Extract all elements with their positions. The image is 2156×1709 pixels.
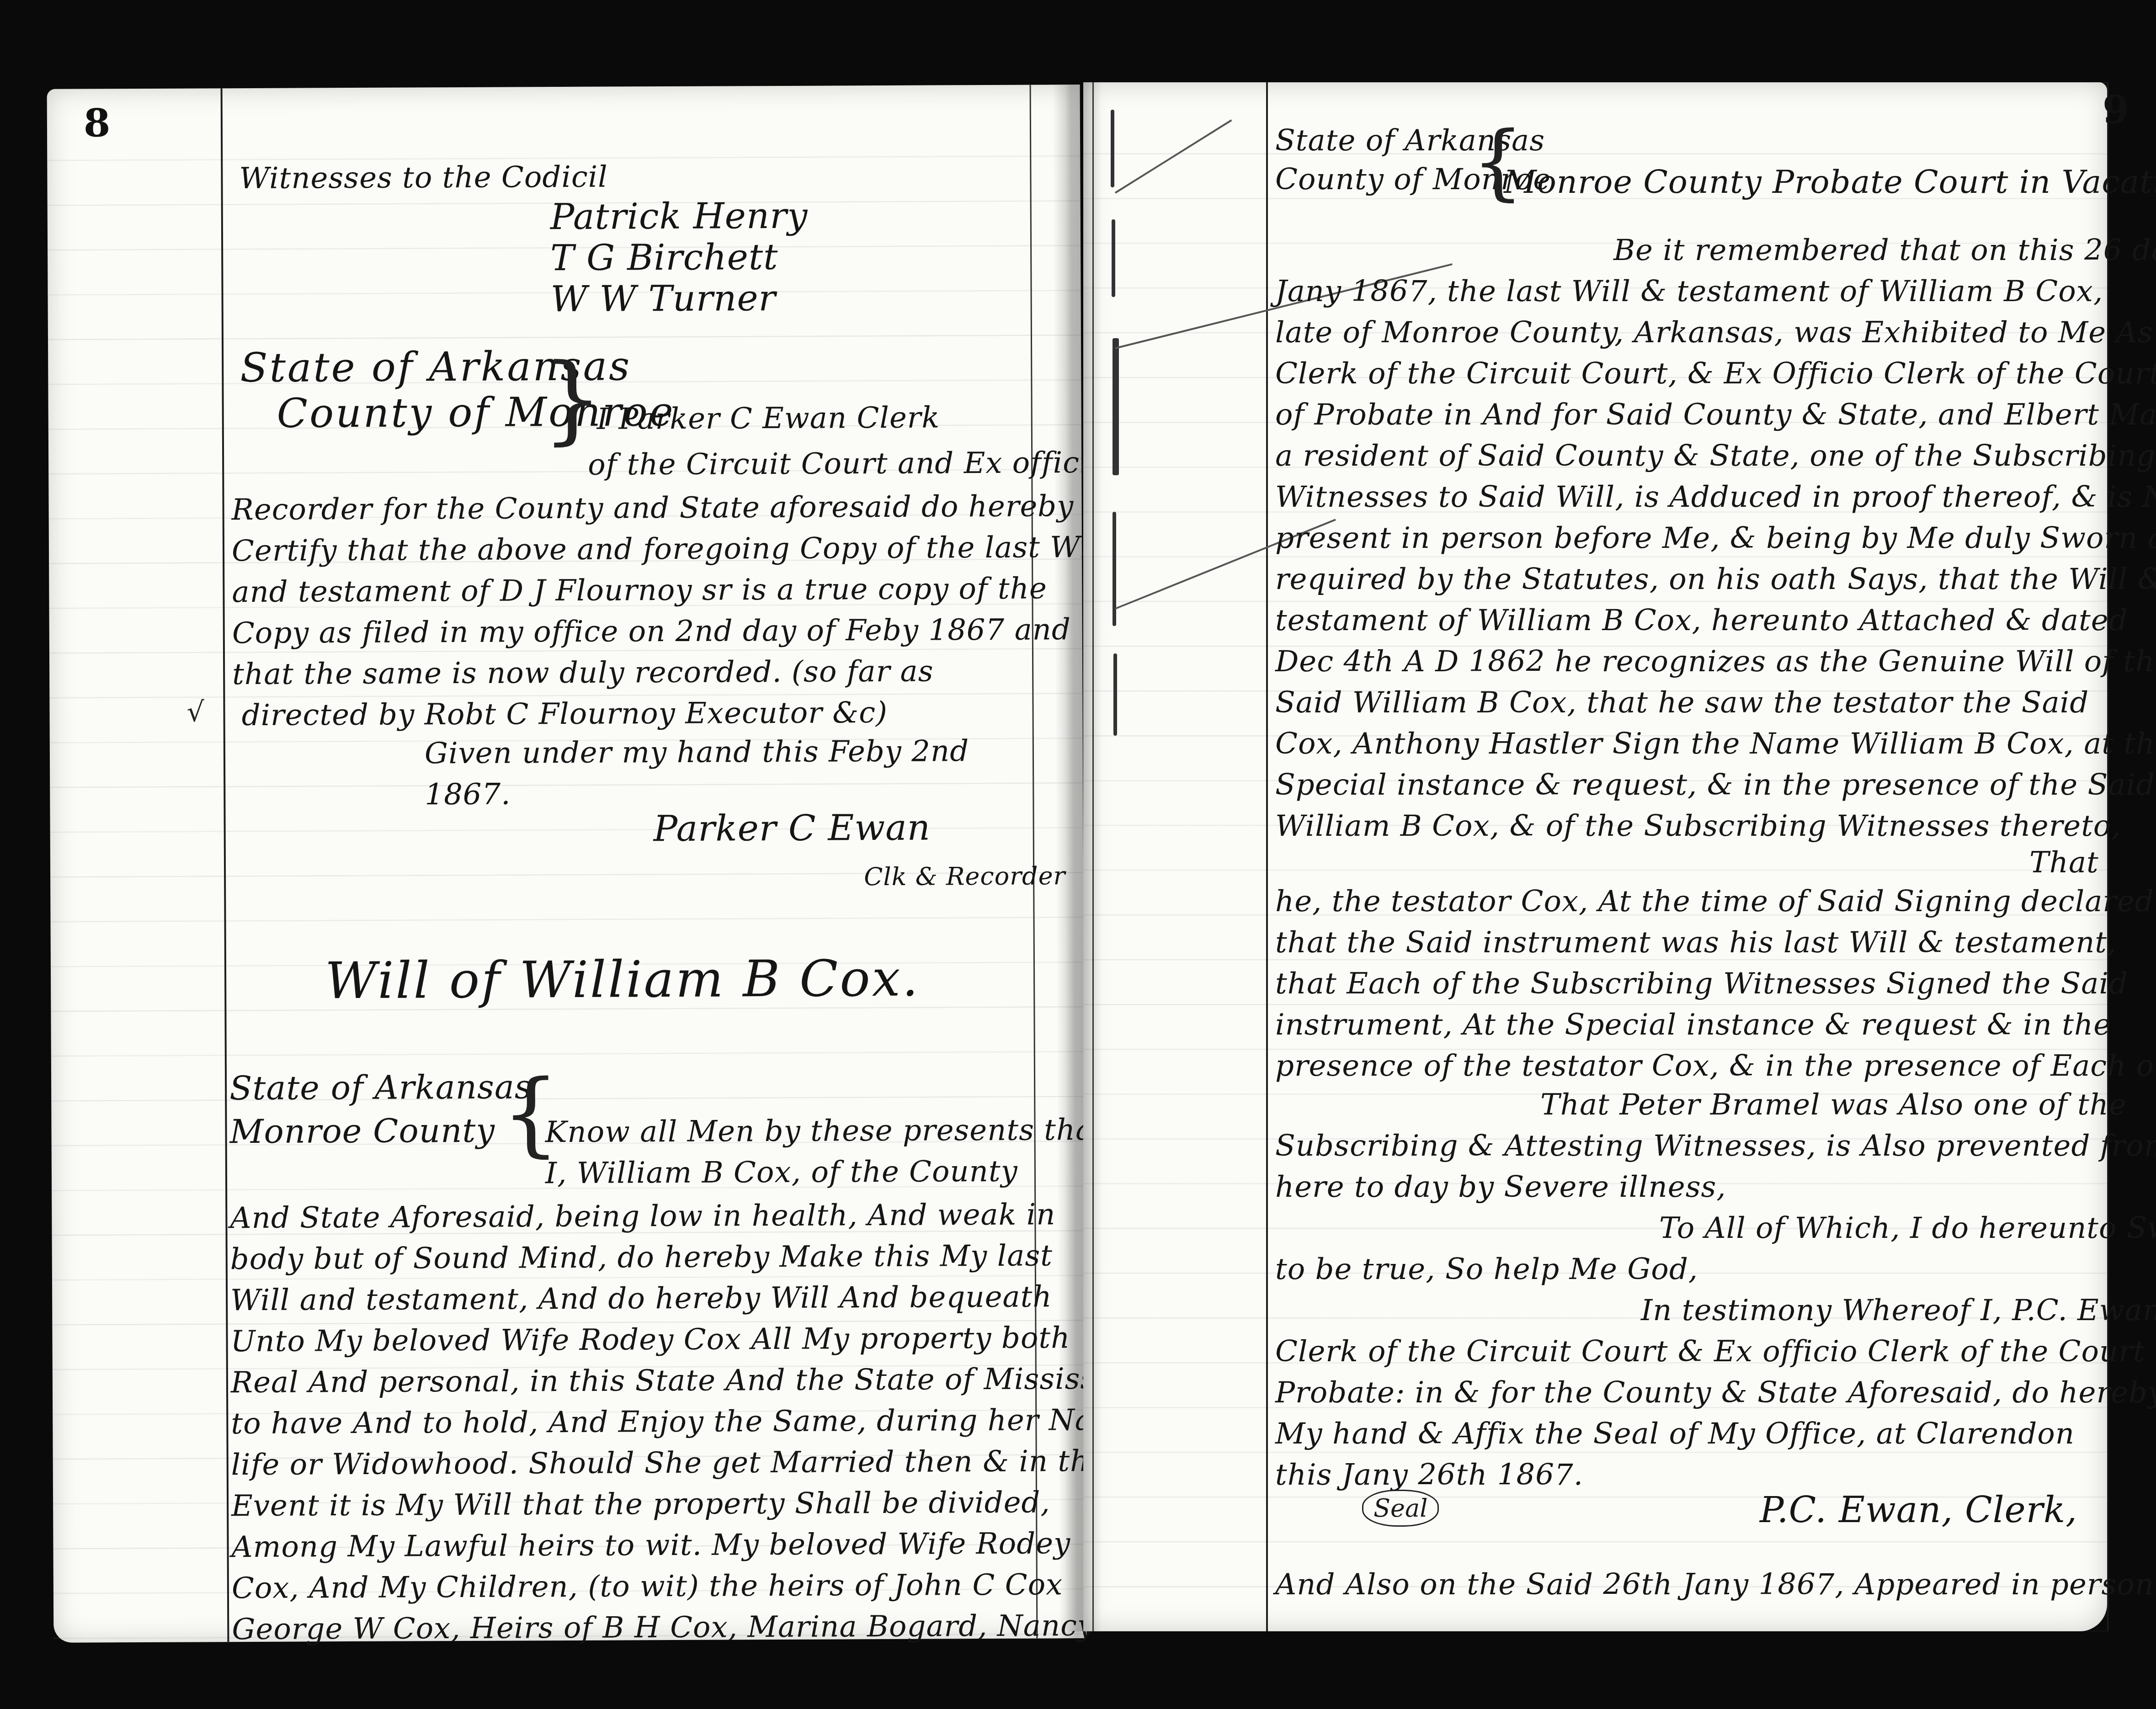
will-venue-state: State of Arkansas	[229, 1065, 532, 1110]
testimony-line: In testimony Whereof I, P.C. Ewan,	[1641, 1289, 2156, 1332]
court-heading: Monroe County Probate Court in Vacation.	[1504, 160, 2156, 204]
record-line: Witnesses to Said Will, is Adduced in pr…	[1275, 475, 2156, 519]
will-line: I, William B Cox, of the County	[545, 1150, 1018, 1196]
will-line: Will and testament, And do hereby Will A…	[230, 1275, 1052, 1322]
record-line: instrument, At the Special instance & re…	[1275, 1003, 2111, 1047]
clerk-signature: P.C. Ewan, Clerk,	[1760, 1490, 2077, 1531]
will-line: Know all Men by these presents that	[545, 1108, 1106, 1154]
record-line: he, the testator Cox, At the time of Sai…	[1275, 880, 2154, 923]
clerk-signature: Parker C Ewan	[653, 807, 931, 850]
codicil-witnesses-heading: Witnesses to the Codicil	[239, 155, 608, 201]
certificate-line: of the Circuit Court and Ex officio	[588, 441, 1107, 487]
record-line: late of Monroe County, Arkansas, was Exh…	[1275, 311, 2153, 355]
will-line: George W Cox, Heirs of B H Cox, Marina B…	[232, 1604, 1094, 1651]
certificate-line: Certify that the above and foregoing Cop…	[232, 525, 1110, 573]
record-line: that the Said instrument was his last Wi…	[1275, 921, 2117, 965]
will-line: Real And personal, in this State And the…	[231, 1357, 1154, 1405]
scanned-ledger-spread: 8 Witnesses to the Codicil Patrick Henry…	[0, 0, 2156, 1709]
record-line: of Probate in And for Said County & Stat…	[1275, 393, 2156, 437]
page-number-8: 8	[84, 100, 111, 145]
will-venue-county: Monroe County	[229, 1109, 495, 1154]
binding-thread	[1115, 119, 1232, 193]
margin-line	[221, 88, 229, 1642]
record-line: Clerk of the Circuit Court, & Ex Officio…	[1275, 352, 2156, 396]
will-line: Event it is My Will that the property Sh…	[231, 1481, 1050, 1528]
record-line: Said William B Cox, that he saw the test…	[1275, 681, 2089, 725]
record-line: Cox, Anthony Hastler Sign the Name Willi…	[1275, 722, 2156, 766]
will-line: Cox, And My Children, (to wit) the heirs…	[232, 1563, 1063, 1610]
witness-name: W W Turner	[550, 278, 776, 320]
testimony-line: My hand & Affix the Seal of My Office, a…	[1275, 1412, 2075, 1456]
oath-line: To All of Which, I do hereunto Swear	[1659, 1206, 2156, 1250]
will-line: And State Aforesaid, being low in health…	[230, 1193, 1055, 1240]
binding-stitch	[1112, 219, 1115, 297]
record-line: a resident of Said County & State, one o…	[1275, 434, 2156, 478]
will-line: life or Widowhood. Should She get Marrie…	[231, 1439, 1120, 1487]
record-line: That	[2029, 841, 2099, 885]
clerk-title: Clk & Recorder	[864, 861, 1066, 891]
record-line: testament of William B Cox, hereunto Att…	[1275, 599, 2128, 642]
binding-stitch	[1113, 338, 1119, 475]
record-line: And Also on the Said 26th Jany 1867, App…	[1275, 1563, 2154, 1607]
record-line: presence of the testator Cox, & in the p…	[1275, 1044, 2156, 1088]
certificate-line: Given under my hand this Feby 2nd	[425, 729, 969, 775]
certificate-line: I Parker C Ewan Clerk	[597, 396, 940, 441]
witness-name: Patrick Henry	[550, 196, 808, 238]
record-line: here to day by Severe illness,	[1275, 1165, 1726, 1209]
certificate-line: Copy as filed in my office on 2nd day of…	[232, 608, 1071, 655]
venue-brace: }	[542, 343, 603, 455]
record-line: that Each of the Subscribing Witnesses S…	[1275, 962, 2128, 1006]
oath-line: to be true, So help Me God,	[1275, 1247, 1698, 1291]
inner-margin-line	[1092, 82, 1094, 1631]
will-line: Among My Lawful heirs to wit. My beloved…	[231, 1522, 1070, 1569]
margin-line	[1266, 82, 1268, 1631]
margin-checkmark: √	[186, 696, 204, 728]
record-line: Be it remembered that on this 26 day of	[1613, 228, 2156, 272]
certificate-line: Recorder for the County and State afores…	[231, 484, 1074, 532]
certificate-line: and testament of D J Flournoy sr is a tr…	[232, 567, 1047, 614]
record-line: That Peter Bramel was Also one of the	[1540, 1083, 2127, 1127]
certificate-line: that the same is now duly recorded. (so …	[232, 649, 934, 696]
record-line: Subscribing & Attesting Witnesses, is Al…	[1275, 1124, 2156, 1168]
page-number-9: 9	[2103, 87, 2129, 132]
will-line: to have And to hold, And Enjoy the Same,…	[231, 1398, 1166, 1446]
left-page: 8 Witnesses to the Codicil Patrick Henry…	[47, 85, 1087, 1643]
record-line: Jany 1867, the last Will & testament of …	[1275, 270, 2103, 313]
record-line: required by the Statutes, on his oath Sa…	[1275, 557, 2156, 601]
testimony-line: Clerk of the Circuit Court & Ex officio …	[1275, 1330, 2156, 1374]
testimony-line: Probate: in & for the County & State Afo…	[1275, 1371, 2156, 1415]
record-line: William B Cox, & of the Subscribing Witn…	[1275, 804, 2121, 848]
will-line: Unto My beloved Wife Rodey Cox All My pr…	[230, 1316, 1070, 1364]
record-line: Special instance & request, & in the pre…	[1275, 763, 2155, 807]
testimony-line: this Jany 26th 1867.	[1275, 1453, 1583, 1497]
clerk-seal: Seal	[1362, 1490, 1439, 1527]
binding-stitch	[1113, 653, 1117, 736]
gutter-shadow	[1065, 82, 1102, 1631]
will-title: Will of William B Cox.	[325, 949, 920, 1010]
record-line: present in person before Me, & being by …	[1275, 516, 2156, 560]
will-line: body but of Sound Mind, do hereby Make t…	[230, 1234, 1053, 1281]
binding-stitch	[1111, 110, 1114, 187]
record-line: Dec 4th A D 1862 he recognizes as the Ge…	[1275, 640, 2156, 684]
certificate-line: 1867.	[425, 773, 511, 817]
right-page: 9 State of Arkansas County of Monroe { M…	[1083, 82, 2107, 1631]
witness-name: T G Birchett	[550, 237, 778, 279]
